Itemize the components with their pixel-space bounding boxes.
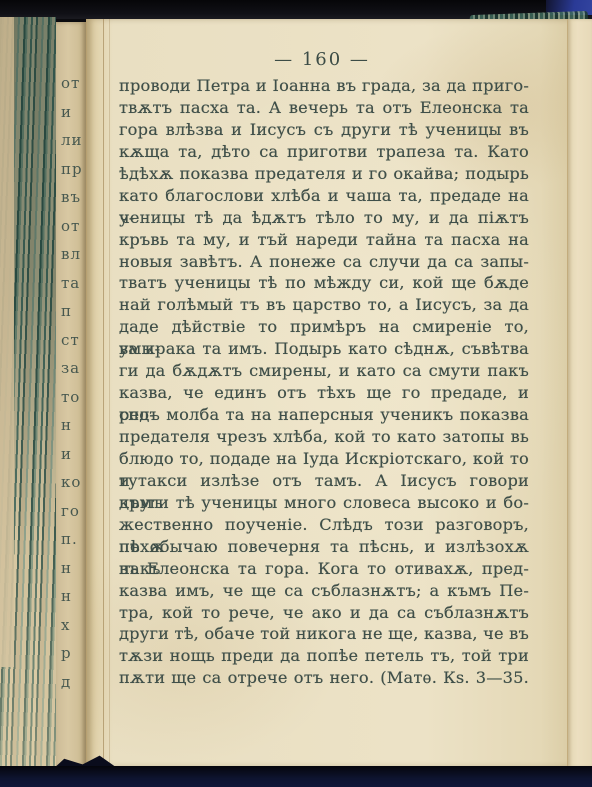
text-line: по обычаю повечерня та пѣснь, и излѣзохѫ…	[119, 536, 529, 558]
margin-text-fragment: п	[61, 302, 72, 320]
text-line: най голѣмый тъ въ царство то, а Іисусъ, …	[119, 294, 529, 316]
text-line: тватъ ученицы тѣ по мѣжду си, кой ще бѫд…	[119, 272, 529, 294]
text-line: тра, кой то рече, че ако и да са съблазн…	[119, 602, 529, 624]
text-line: пѫти ще са отрече отъ него. (Матѳ. Кѕ. 3…	[119, 667, 529, 689]
margin-text-fragment: н	[61, 587, 72, 605]
margin-text-fragment: н	[61, 416, 72, 434]
text-line: твѫтъ пасха та. А вечерь та отъ Елеонска…	[119, 97, 529, 119]
margin-text-fragment: ли	[61, 131, 83, 149]
text-line: проводи Петра и Іоанна въ града, за да п…	[119, 75, 529, 97]
book-cover-bottom-edge	[0, 766, 592, 787]
text-line: кръвь та му, и тъй нареди тайна та пасха…	[119, 229, 529, 251]
margin-text-fragment: д	[61, 673, 71, 691]
margin-text-fragment: ко	[61, 473, 81, 491]
margin-text-fragment: пр	[61, 160, 83, 178]
underlying-page-sliver: отилипрвъотвлтапстзатоникогоп.ннхрд	[56, 22, 86, 767]
book-scan: отилипрвъотвлтапстзатоникогоп.ннхрд — 16…	[0, 0, 592, 787]
margin-text-fragment: та	[61, 274, 80, 292]
text-line: редъ молба та на наперсныя ученикъ показ…	[119, 404, 529, 426]
margin-text-fragment: р	[61, 644, 72, 662]
right-page-edge	[567, 19, 592, 767]
margin-text-fragment: ст	[61, 331, 80, 349]
margin-text-fragment: н	[61, 559, 72, 577]
text-line: други тѣ ученицы много словеса высоко и …	[119, 492, 529, 514]
page-crease	[109, 19, 110, 767]
text-line: новыя завѣтъ. А понеже са случи да са за…	[119, 251, 529, 273]
text-line: други тѣ, обаче той никога не ще, казва,…	[119, 623, 529, 645]
margin-text-fragment: то	[61, 388, 80, 406]
text-line: ченицы тѣ да ѣдѫтъ тѣло то му, и да піѫт…	[119, 207, 529, 229]
text-line: като благослови хлѣба и чаша та, предаде…	[119, 185, 529, 207]
body-text: проводи Петра и Іоанна въ града, за да п…	[119, 75, 529, 689]
margin-text-fragment: го	[61, 502, 80, 520]
text-line: гора влѣзва и Іисусъ съ други тѣ ученицы…	[119, 119, 529, 141]
text-line: блюдо то, подаде на Іуда Искріотскаго, к…	[119, 448, 529, 470]
margin-text-fragment: х	[61, 616, 70, 634]
text-line: предателя чрезъ хлѣба, кой то като затоп…	[119, 426, 529, 448]
text-line: въ Елеонска та гора. Кога то отивахѫ, пр…	[119, 558, 529, 580]
margin-text-fragment: от	[61, 74, 80, 92]
page-crease	[103, 19, 104, 767]
text-line: ѣдѣхѫ показва предателя и го окайва; под…	[119, 163, 529, 185]
margin-text-fragment: п.	[61, 530, 78, 548]
text-line: даде дѣйствіе то примѣръ на смиреніе то,…	[119, 316, 529, 338]
margin-text-fragment: за	[61, 359, 80, 377]
margin-text-fragment: и	[61, 445, 72, 463]
margin-text-fragment: въ	[61, 188, 81, 206]
text-line: кѫща та, дѣто са приготви трапеза та. Ка…	[119, 141, 529, 163]
text-line: ги да бѫдѫтъ смирены, и като са смути па…	[119, 360, 529, 382]
text-line: казва имъ, че ще са съблазнѫтъ; а къмъ П…	[119, 580, 529, 602]
margin-text-fragment: и	[61, 103, 72, 121]
text-line: жественно поученіе. Слѣдъ този разговоръ…	[119, 514, 529, 536]
text-line: ва крака та имъ. Подырь като сѣднѫ, съвѣ…	[119, 338, 529, 360]
left-outer-tan-edge	[0, 17, 14, 667]
text-line: тутакси излѣзе отъ тамъ. А Іисусъ говори…	[119, 470, 529, 492]
book-page: — 160 — проводи Петра и Іоанна въ града,…	[86, 19, 569, 767]
text-line: казва, че единъ отъ тѣхъ ще го предаде, …	[119, 382, 529, 404]
margin-text-fragment: вл	[61, 245, 81, 263]
page-number: — 160 —	[117, 49, 527, 70]
text-line: тѫзи нощь преди да попѣе петель тъ, той …	[119, 645, 529, 667]
margin-text-fragment: от	[61, 217, 80, 235]
